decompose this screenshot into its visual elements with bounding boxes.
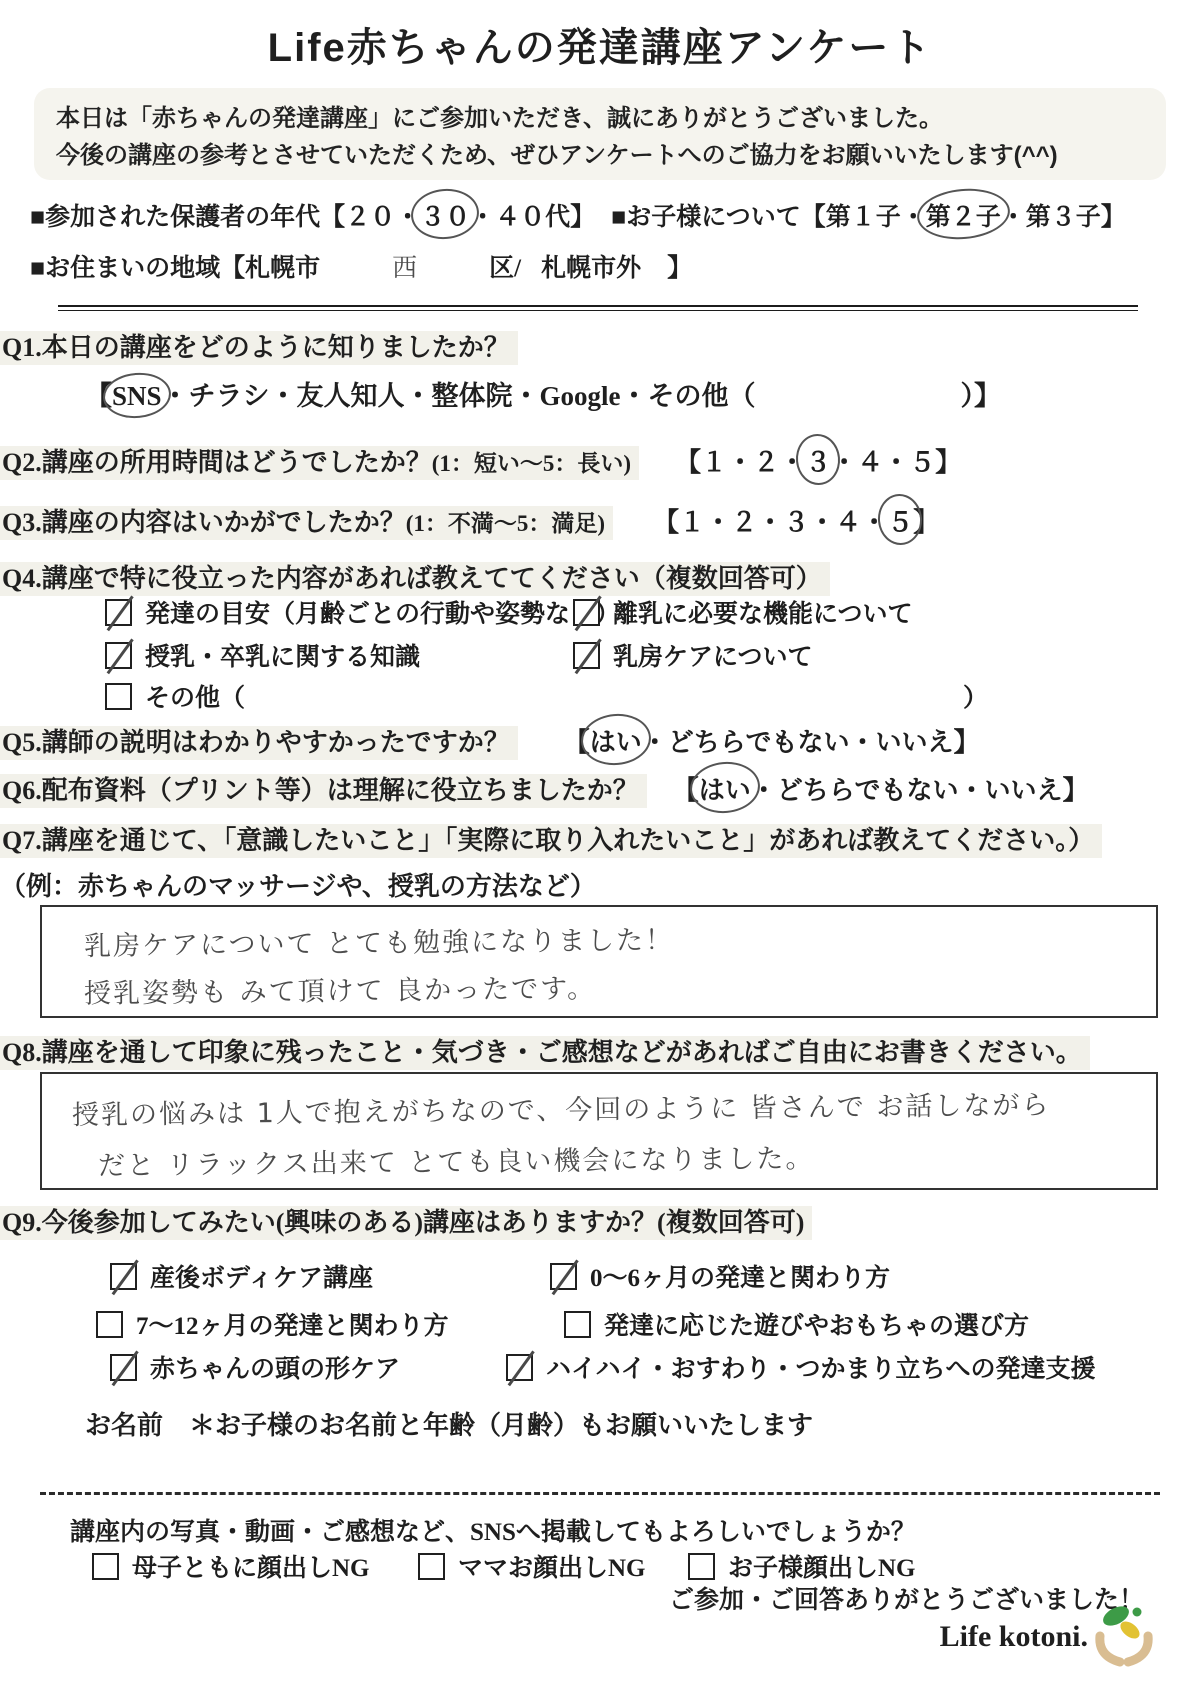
sns-option-2: ママお顔出しNG	[418, 1548, 688, 1584]
checkbox-label: その他（	[145, 678, 245, 714]
option-text: 札幌市外	[541, 248, 641, 284]
q7-example: （例：赤ちゃんのマッサージや、授乳の方法など）	[0, 866, 596, 903]
name-line: お名前 ＊お子様のお名前と年齢（月齢）もお願いいたします	[85, 1405, 813, 1442]
checkbox[interactable]	[573, 642, 600, 669]
thanks-text: ご参加・ご回答ありがとうございました！	[669, 1580, 1144, 1616]
option-text: 【１・２・	[675, 442, 805, 479]
q4-option-other: その他（ ）	[105, 678, 988, 714]
q7-number: Q7.	[2, 826, 42, 855]
intro-box: 本日は「赤ちゃんの発達講座」にご参加いただき、誠にありがとうございました。 今後…	[34, 88, 1166, 180]
checkbox-label: 母子ともに顔出しNG	[132, 1548, 370, 1584]
q4-option-2: 離乳に必要な機能について	[573, 594, 913, 630]
q2-scale-note: (1：短い～5：長い)	[432, 451, 631, 476]
q3-text: 講座の内容はいかがでしたか？	[42, 508, 406, 537]
section-divider	[58, 305, 1138, 311]
option-text: ・４・５】	[831, 442, 961, 479]
checkbox[interactable]	[105, 599, 132, 626]
q2-text: 講座の所用時間はどうでしたか？	[42, 448, 432, 477]
q7-label: Q7.講座を通じて、「意識したいこと」「実際に取り入れたいこと」があれば教えてく…	[0, 820, 1102, 857]
checkbox-label: 産後ボディケア講座	[150, 1258, 373, 1294]
checkbox[interactable]	[105, 642, 132, 669]
dashed-divider	[40, 1492, 1160, 1495]
checkbox[interactable]	[418, 1553, 445, 1580]
right-hand	[1128, 1636, 1148, 1662]
q2-scale: 【１・２・３・４・５】	[639, 448, 961, 477]
q1-text: 本日の講座をどのように知りましたか？	[42, 333, 510, 362]
checkbox-label: 7～12ヶ月の発達と関わり方	[136, 1306, 449, 1342]
option-text: ・第３子】	[1001, 197, 1126, 233]
option-text: ■お子様について【第１子・	[611, 197, 926, 233]
other-close-paren: ）	[963, 678, 988, 714]
circled-answer: はい	[590, 722, 642, 759]
q7-handwritten-answer-1: 乳房ケアについて とても勉強になりました！	[84, 918, 674, 963]
q6-label: Q6.配布資料（プリント等）は理解に役立ちましたか？【はい・どちらでもない・いい…	[0, 770, 1088, 807]
q9-option-3: 7～12ヶ月の発達と関わり方	[96, 1306, 564, 1342]
q4-option-4: 乳房ケアについて	[573, 637, 813, 673]
q3-scale-note: (1：不満～5：満足)	[406, 511, 605, 536]
q9-text: 今後参加してみたい(興味のある)講座はありますか？(複数回答可)	[42, 1208, 805, 1237]
option-text: ）】	[961, 374, 1002, 413]
q9-option-2: 0～6ヶ月の発達と関わり方	[550, 1258, 890, 1294]
q3-number: Q3.	[2, 508, 42, 537]
intro-line-2: 今後の講座の参考とさせていただくため、ぜひアンケートへのご協力をお願いいたします…	[56, 137, 1144, 174]
handwritten-text: 西	[392, 248, 417, 284]
q8-label: Q8.講座を通して印象に残ったこと・気づき・ご感想などがあればご自由にお書きくだ…	[0, 1032, 1090, 1069]
checkbox-label: 授乳・卒乳に関する知識	[145, 637, 420, 673]
q1-options: 【SNS・チラシ・友人知人・整体院・Google・その他（）】	[85, 374, 1001, 413]
sns-option-1: 母子ともに顔出しNG	[92, 1548, 418, 1584]
checkbox[interactable]	[110, 1263, 137, 1290]
option-text: ・どちらでもない・いいえ】	[751, 770, 1089, 807]
option-text: 】	[667, 248, 692, 284]
option-text: ■参加された保護者の年代【２０・	[30, 197, 420, 233]
circled-answer: はい	[699, 770, 751, 807]
circled-answer: ３０	[420, 197, 470, 233]
brand-text: Life kotoni.	[940, 1620, 1088, 1654]
checkbox[interactable]	[550, 1263, 577, 1290]
q1-number: Q1.	[2, 333, 42, 362]
checkbox[interactable]	[110, 1354, 137, 1381]
q1-label: Q1.本日の講座をどのように知りましたか？	[0, 327, 518, 364]
checkbox-label: お子様顔出しNG	[728, 1548, 916, 1584]
checkbox-label: ママお顔出しNG	[458, 1548, 646, 1584]
checkbox[interactable]	[96, 1311, 123, 1338]
q3-scale: 【１・２・３・４・５】	[613, 508, 939, 537]
q6-options: 【はい・どちらでもない・いいえ】	[647, 776, 1089, 805]
option-text: 【１・２・３・４・	[653, 502, 887, 539]
demographics-region: ■お住まいの地域【札幌市西区/札幌市外】	[30, 248, 692, 284]
circled-answer: SNS	[112, 381, 162, 412]
q2-number: Q2.	[2, 448, 42, 477]
q9-option-4: 発達に応じた遊びやおもちゃの選び方	[564, 1306, 1029, 1342]
q8-handwritten-answer-2: だと リラックス出来て とても良い機会になりました。	[98, 1136, 815, 1182]
option-text: ■お住まいの地域【札幌市	[30, 248, 320, 284]
option-text: ・どちらでもない・いいえ】	[642, 722, 980, 759]
q3-label: Q3.講座の内容はいかがでしたか？(1：不満～5：満足)【１・２・３・４・５】	[0, 502, 939, 539]
q7-answer-box[interactable]: 乳房ケアについて とても勉強になりました！ 授乳姿勢も みて頂けて 良かったです…	[40, 905, 1158, 1018]
left-hand	[1100, 1636, 1120, 1662]
q4-text: 講座で特に役立った内容があれば教えててください（複数回答可）	[42, 564, 822, 593]
checkbox-label: 赤ちゃんの頭の形ケア	[150, 1349, 400, 1385]
q5-text: 講師の説明はわかりやすかったですか？	[42, 728, 510, 757]
intro-line-1: 本日は「赤ちゃんの発達講座」にご参加いただき、誠にありがとうございました。	[56, 100, 1144, 137]
checkbox-label: 発達の目安（月齢ごとの行動や姿勢など）	[145, 594, 620, 630]
q8-answer-box[interactable]: 授乳の悩みは 1人で抱えがちなので、今回のように 皆さんで お話しながら だと …	[40, 1072, 1158, 1190]
checkbox-label: ハイハイ・おすわり・つかまり立ちへの発達支援	[546, 1349, 1096, 1385]
q8-text: 講座を通して印象に残ったこと・気づき・ご感想などがあればご自由にお書きください。	[42, 1038, 1082, 1067]
q2-label: Q2.講座の所用時間はどうでしたか？(1：短い～5：長い)【１・２・３・４・５】	[0, 442, 961, 479]
checkbox[interactable]	[506, 1354, 533, 1381]
survey-form: Life赤ちゃんの発達講座アンケート 本日は「赤ちゃんの発達講座」にご参加いただ…	[0, 0, 1200, 1697]
checkbox-label: 離乳に必要な機能について	[613, 594, 913, 630]
hands-leaves-logo-icon	[1090, 1600, 1156, 1668]
checkbox[interactable]	[688, 1553, 715, 1580]
q9-option-1: 産後ボディケア講座	[110, 1258, 550, 1294]
brand-logo	[1090, 1600, 1156, 1673]
sns-question: 講座内の写真・動画・ご感想など、SNSへ掲載してもよろしいでしょうか？	[70, 1512, 916, 1548]
q4-label: Q4.講座で特に役立った内容があれば教えててください（複数回答可）	[0, 558, 830, 595]
q8-number: Q8.	[2, 1038, 42, 1067]
q4-option-3: 授乳・卒乳に関する知識	[105, 637, 573, 673]
q5-label: Q5.講師の説明はわかりやすかったですか？【はい・どちらでもない・いいえ】	[0, 722, 980, 759]
page-title: Life赤ちゃんの発達講座アンケート	[0, 16, 1200, 73]
option-text: 区/	[489, 248, 521, 284]
q6-text: 配布資料（プリント等）は理解に役立ちましたか？	[42, 776, 639, 805]
checkbox-label: 発達に応じた遊びやおもちゃの選び方	[604, 1306, 1029, 1342]
q4-number: Q4.	[2, 564, 42, 593]
q5-number: Q5.	[2, 728, 42, 757]
q9-number: Q9.	[2, 1208, 42, 1237]
circled-answer: ５	[887, 502, 913, 539]
q8-handwritten-answer-1: 授乳の悩みは 1人で抱えがちなので、今回のように 皆さんで お話しながら	[72, 1083, 1051, 1132]
option-text: ・４０代】	[470, 197, 595, 233]
demographics-age-child: ■参加された保護者の年代【２０・３０・４０代】■お子様について【第１子・第２子・…	[30, 197, 1126, 233]
option-text: ・チラシ・友人知人・整体院・Google・その他（	[162, 374, 756, 413]
checkbox-label: 乳房ケアについて	[613, 637, 813, 673]
q7-text: 講座を通じて、「意識したいこと」「実際に取り入れたいこと」があれば教えてください…	[42, 826, 1094, 855]
q7-handwritten-answer-2: 授乳姿勢も みて頂けて 良かったです。	[84, 966, 596, 1010]
q4-option-1: 発達の目安（月齢ごとの行動や姿勢など）	[105, 594, 573, 630]
checkbox[interactable]	[573, 599, 600, 626]
q9-option-5: 赤ちゃんの頭の形ケア	[110, 1349, 506, 1385]
green-dot	[1133, 1608, 1142, 1617]
checkbox[interactable]	[92, 1553, 119, 1580]
circled-answer: ３	[805, 442, 831, 479]
q6-number: Q6.	[2, 776, 42, 805]
checkbox-label: 0～6ヶ月の発達と関わり方	[590, 1258, 890, 1294]
q9-label: Q9.今後参加してみたい(興味のある)講座はありますか？(複数回答可)	[0, 1202, 812, 1239]
checkbox[interactable]	[564, 1311, 591, 1338]
checkbox[interactable]	[105, 683, 132, 710]
q9-option-6: ハイハイ・おすわり・つかまり立ちへの発達支援	[506, 1349, 1096, 1385]
q5-options: 【はい・どちらでもない・いいえ】	[518, 728, 980, 757]
sns-option-3: お子様顔出しNG	[688, 1548, 916, 1584]
circled-answer: 第２子	[926, 197, 1001, 233]
